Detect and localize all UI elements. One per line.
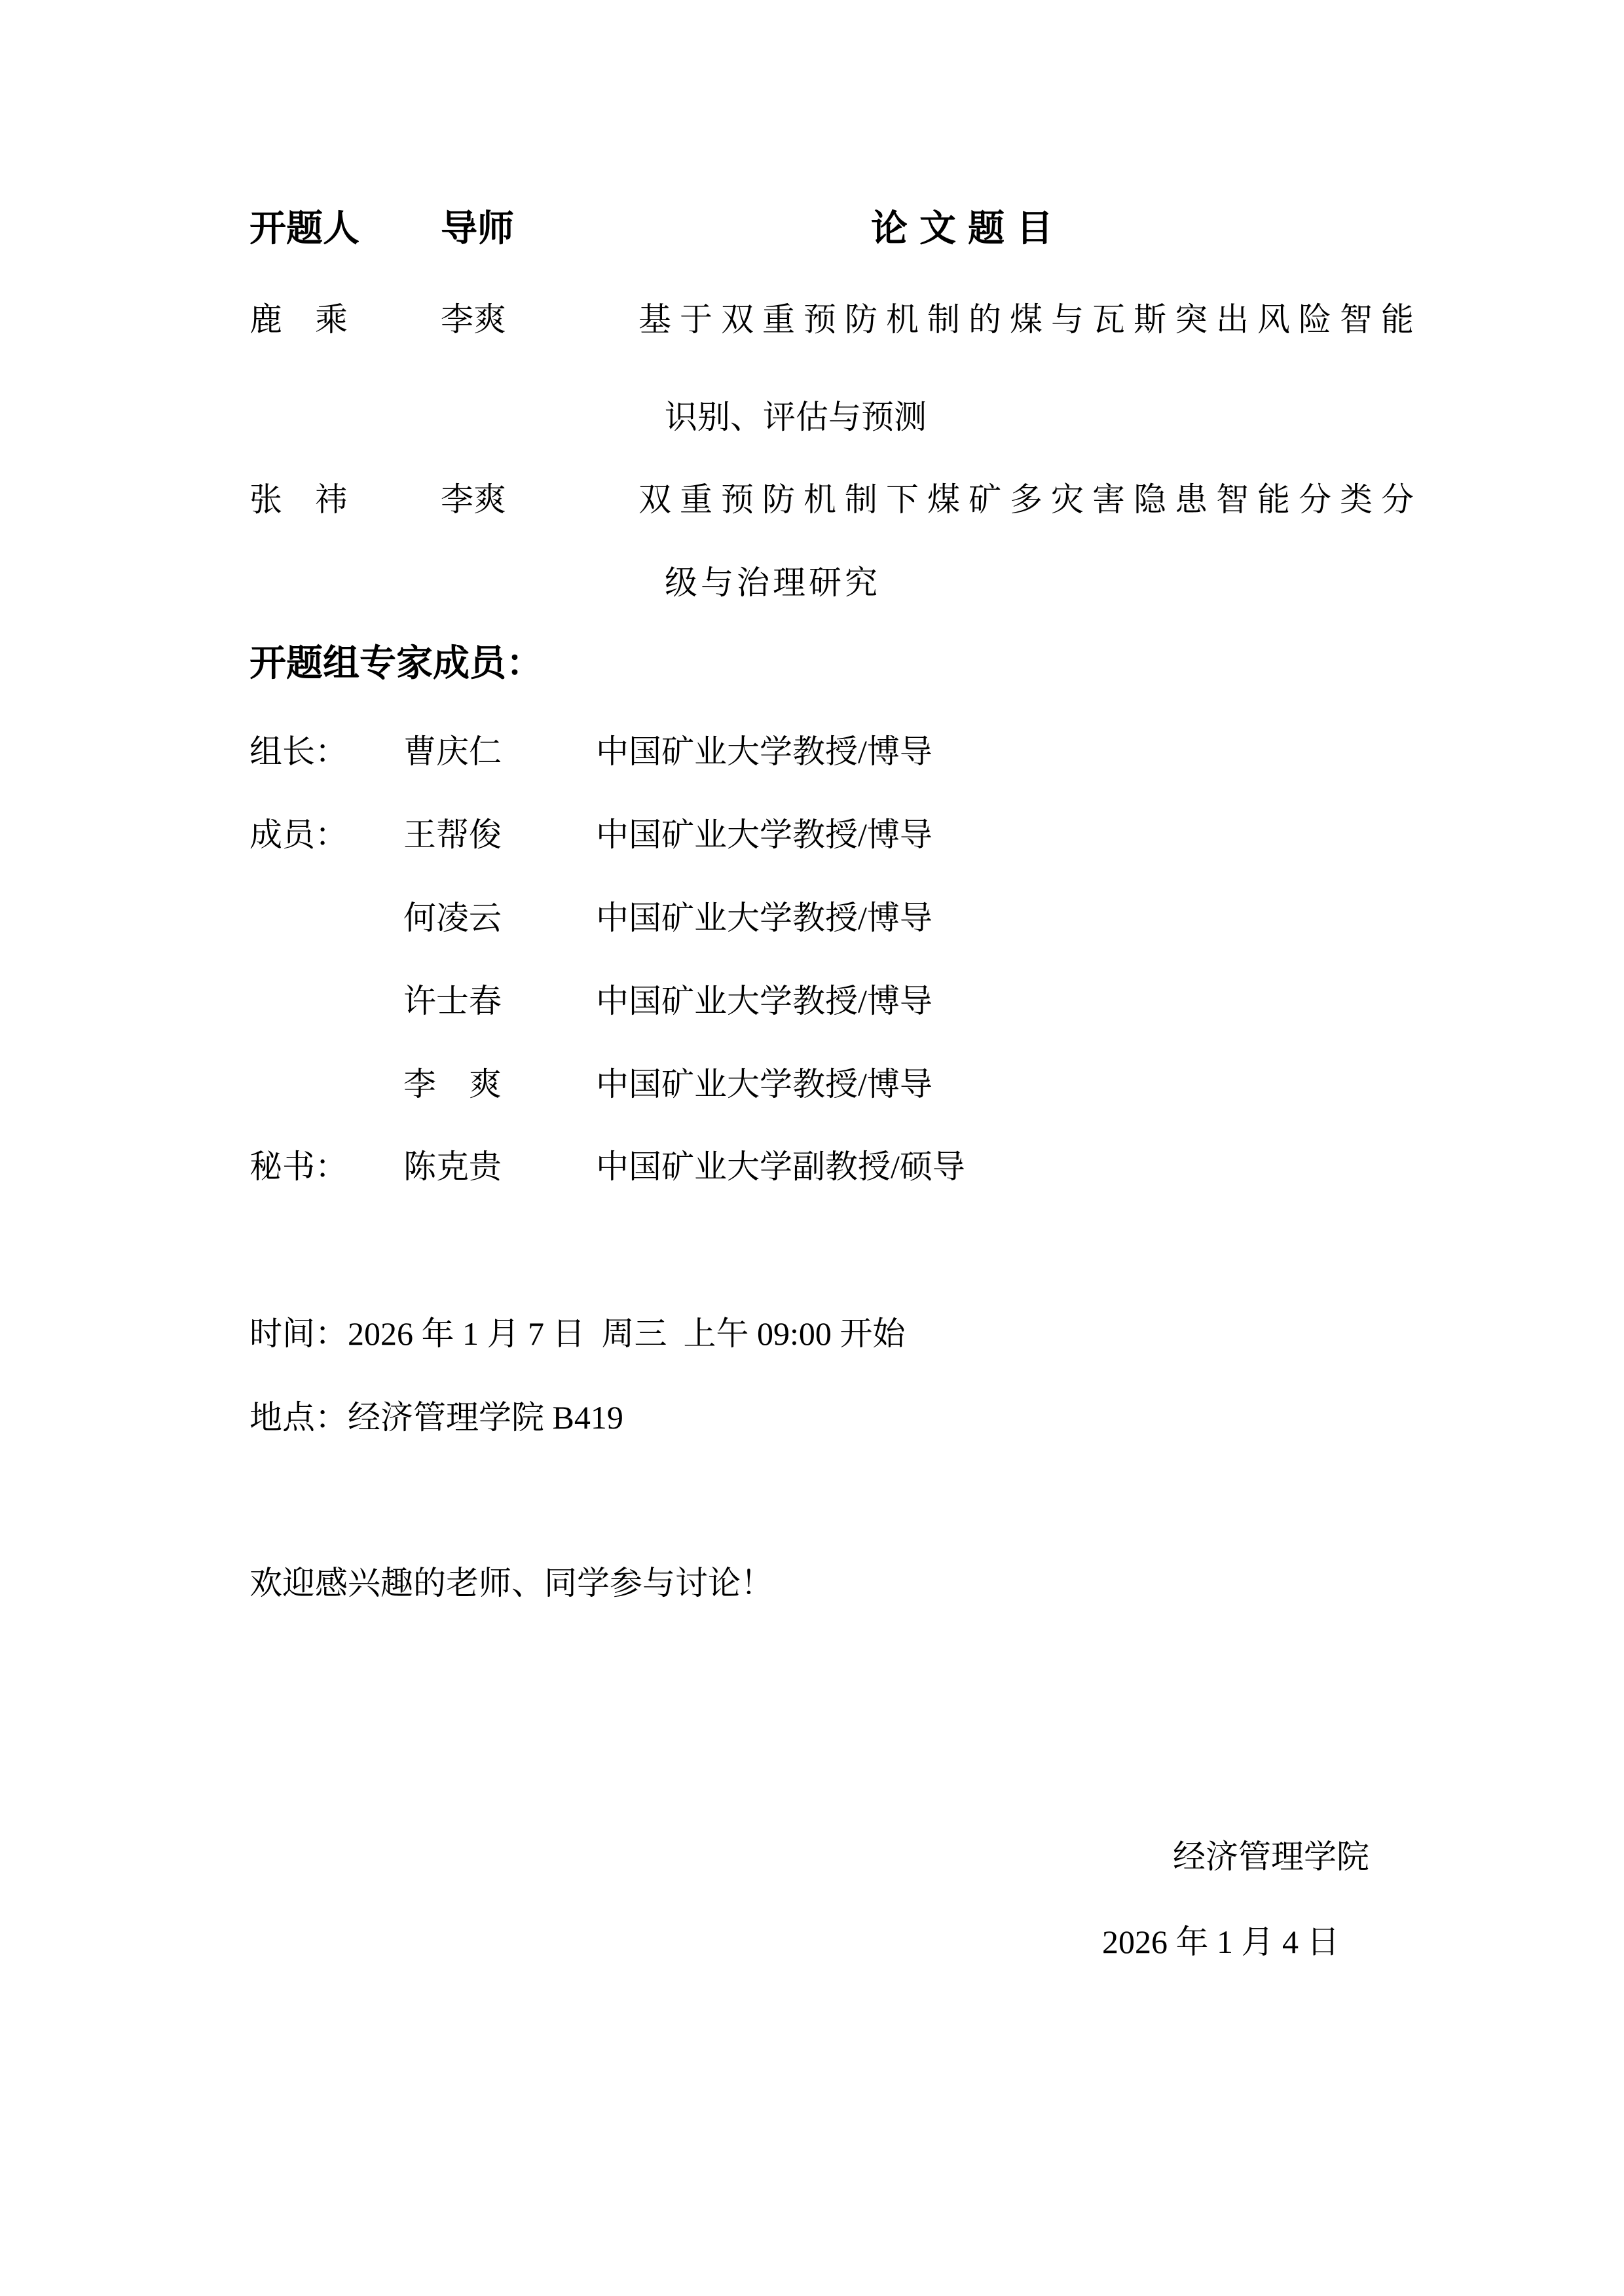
member-name: 许士春 [403, 981, 502, 1021]
proposal-1-title-line2: 识别、评估与预测 [665, 397, 927, 437]
member-affiliation: 中国矿业大学副教授/硕导 [596, 1147, 965, 1186]
member-name: 曹庆仁 [403, 732, 502, 771]
member-affiliation: 中国矿业大学教授/博导 [596, 1065, 932, 1104]
signature-date: 2026 年 1 月 4 日 [1102, 1922, 1340, 1961]
member-role: 成员： [249, 815, 348, 854]
proposal-2-title-line2: 级与治理研究 [665, 563, 881, 602]
announcement-page: 开题人 导师 论文题目 鹿 乘 李爽 基于双重预防机制的煤与瓦斯突出风险智能 识… [0, 0, 1624, 2296]
time-line: 时间：2026 年 1 月 7 日 周三 上午 09:00 开始 [249, 1314, 905, 1353]
proposal-2-advisor: 李爽 [441, 480, 506, 519]
proposal-2-title-line1: 双重预防机制下煤矿多灾害隐患智能分类分 [638, 480, 1422, 519]
proposal-1-title-line1: 基于双重预防机制的煤与瓦斯突出风险智能 [638, 300, 1422, 339]
member-name: 陈克贵 [403, 1147, 502, 1186]
committee-heading: 开题组专家成员： [249, 644, 543, 683]
member-name: 何凌云 [403, 898, 502, 938]
column-header-proposer: 开题人 [249, 210, 360, 249]
member-affiliation: 中国矿业大学教授/博导 [596, 981, 932, 1021]
member-name: 王帮俊 [403, 815, 502, 854]
location-line: 地点：经济管理学院 B419 [249, 1398, 623, 1437]
member-affiliation: 中国矿业大学教授/博导 [596, 898, 932, 938]
member-role: 秘书： [249, 1147, 348, 1186]
member-affiliation: 中国矿业大学教授/博导 [596, 732, 932, 771]
member-name: 李 爽 [403, 1065, 502, 1104]
proposal-1-advisor: 李爽 [441, 300, 506, 339]
column-header-thesis-title: 论文题目 [871, 210, 1065, 249]
member-affiliation: 中国矿业大学教授/博导 [596, 815, 932, 854]
member-role: 组长： [249, 732, 348, 771]
proposal-2-proposer: 张 祎 [249, 480, 348, 519]
signature-organization: 经济管理学院 [1173, 1837, 1369, 1876]
column-header-advisor: 导师 [441, 210, 514, 249]
welcome-line: 欢迎感兴趣的老师、同学参与讨论！ [249, 1563, 773, 1603]
proposal-1-proposer: 鹿 乘 [249, 300, 348, 339]
